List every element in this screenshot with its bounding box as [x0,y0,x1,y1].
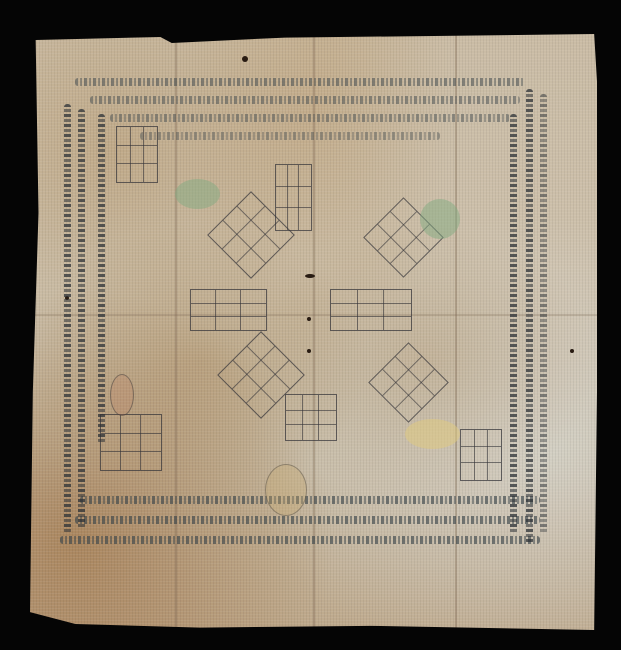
script-column [78,109,85,529]
script-column [510,114,517,534]
script-column [526,89,533,544]
magic-square-grid [116,126,158,183]
script-column [98,114,105,444]
photo-background [0,0,621,650]
green-serpent-figure [175,179,220,209]
hole [305,274,315,278]
magic-square-grid [460,429,502,481]
seated-human-figure [110,374,134,416]
script-line [110,114,510,122]
script-line [90,96,520,104]
script-line [80,496,540,504]
central-grid [285,394,337,441]
central-grid [190,289,267,331]
green-serpent-figure [420,199,460,239]
magic-square-grid [100,414,162,471]
script-line [75,516,540,524]
script-line [140,132,440,140]
hole [570,349,574,353]
standing-animal-figure [265,464,307,516]
yellow-animal-figure [405,419,460,449]
script-column [64,104,71,534]
script-column [540,94,547,534]
central-grid [330,289,412,331]
hole [307,317,311,321]
script-line [75,78,525,86]
script-line [60,536,540,544]
hole [242,56,248,62]
cloth-manuscript [30,34,597,630]
central-grid [275,164,312,231]
hole [307,349,311,353]
